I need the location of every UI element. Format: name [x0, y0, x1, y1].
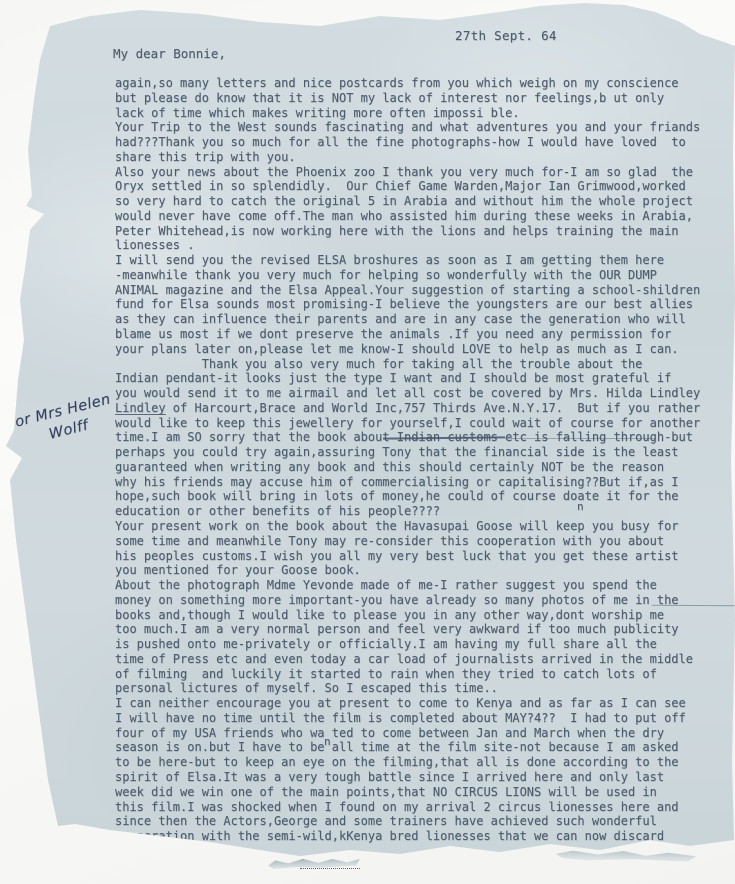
letter-line: cooperation with the semi-wild,kKenya br…	[115, 829, 715, 844]
letter-date: 27th Sept. 64	[455, 28, 557, 43]
letter-line: four of my USA friends who wa ted to com…	[115, 726, 715, 741]
letter-line: spirit of Elsa.It was a very tough battl…	[115, 770, 715, 785]
letter-line: would never have come off.The man who as…	[115, 209, 715, 224]
letter-line: would like to keep this jewellery for yo…	[115, 416, 715, 431]
letter-line: money on something more important-you ha…	[115, 593, 715, 608]
letter-paper: 27th Sept. 64 My dear Bonnie, again,so m…	[0, 0, 735, 884]
letter-line: Peter Whitehead,is now working here with…	[115, 224, 715, 239]
letter-line: lack of time which makes writing more of…	[115, 106, 715, 121]
torn-fragment	[300, 868, 360, 872]
letter-line: too much.I am a very normal person and f…	[115, 622, 715, 637]
letter-line: perhaps you could try again,assuring Ton…	[115, 445, 715, 460]
inserted-n-annotation: n	[324, 735, 331, 748]
letter-line: books and,though I would like to please …	[115, 608, 715, 623]
letter-line: ANIMAL magazine and the Elsa Appeal.Your…	[115, 283, 715, 298]
letter-line: fund for Elsa sounds most promising-I be…	[115, 297, 715, 312]
letter-line: Indian pendant-it looks just the type I …	[115, 371, 715, 386]
letter-line: time of Press etc and even today a car l…	[115, 652, 715, 667]
letter-line: personal lictures of myself. So I escape…	[115, 681, 715, 696]
letter-line: as they can influence their parents and …	[115, 312, 715, 327]
letter-line: blame us most if we dont preserve the an…	[115, 327, 715, 342]
letter-line: Lindley of Harcourt,Brace and World Inc,…	[115, 401, 715, 416]
letter-line: but please do know that it is NOT my lac…	[115, 91, 715, 106]
letter-body: again,so many letters and nice postcards…	[115, 76, 715, 844]
letter-line: guaranteed when writing any book and thi…	[115, 460, 715, 475]
letter-line: of filming and luckily it started to rai…	[115, 667, 715, 682]
letter-line: About the photograph Mdme Yevonde made o…	[115, 578, 715, 593]
letter-line: share this trip with you.	[115, 150, 715, 165]
letter-line: -meanwhile thank you very much for helpi…	[115, 268, 715, 283]
torn-fragment	[556, 850, 696, 862]
letter-line: why his friends may accuse him of commer…	[115, 475, 715, 490]
letter-line: I will send you the revised ELSA broshur…	[115, 253, 715, 268]
inserted-n-annotation: n	[577, 500, 584, 513]
letter-salutation: My dear Bonnie,	[113, 46, 226, 61]
letter-line: had???Thank you so much for all the fine…	[115, 135, 715, 150]
letter-line: since then the Actors,George and some tr…	[115, 814, 715, 829]
strikethrough-faint-mark	[505, 438, 655, 439]
letter-line: Thank you also very much for taking all …	[115, 357, 715, 372]
letter-line: his peoples customs.I wish you all my ve…	[115, 549, 715, 564]
letter-line: I can neither encourage you at present t…	[115, 696, 715, 711]
letter-line: Oryx settled in so splendidly. Our Chief…	[115, 179, 715, 194]
letter-line: so very hard to catch the original 5 in …	[115, 194, 715, 209]
letter-line: your plans later on,please let me know-I…	[115, 342, 715, 357]
letter-line: you mentioned for your Goose book.	[115, 563, 715, 578]
letter-line: you would send it to me airmail and let …	[115, 386, 715, 401]
letter-line: week did we win one of the main points,t…	[115, 785, 715, 800]
scanned-letter-page: 27th Sept. 64 My dear Bonnie, again,so m…	[0, 0, 735, 884]
letter-line: season is on.but I have to be all time a…	[115, 740, 715, 755]
letter-line: hope,such book will bring in lots of mon…	[115, 489, 715, 504]
letter-line: to be here-but to keep an eye on the fil…	[115, 755, 715, 770]
letter-line: Also your news about the Phoenix zoo I t…	[115, 165, 715, 180]
letter-line: education or other benefits of his peopl…	[115, 504, 715, 519]
letter-line: some time and meanwhile Tony may re-cons…	[115, 534, 715, 549]
letter-line: lionesses .	[115, 238, 715, 253]
letter-line: Your present work on the book about the …	[115, 519, 715, 534]
underline-mark	[115, 414, 166, 415]
letter-line: Your Trip to the West sounds fascinating…	[115, 120, 715, 135]
letter-line: again,so many letters and nice postcards…	[115, 76, 715, 91]
letter-line: is pushed onto me-privately or officiall…	[115, 637, 715, 652]
letter-line: this film.I was shocked when I found on …	[115, 800, 715, 815]
letter-line: I will have no time until the film is co…	[115, 711, 715, 726]
